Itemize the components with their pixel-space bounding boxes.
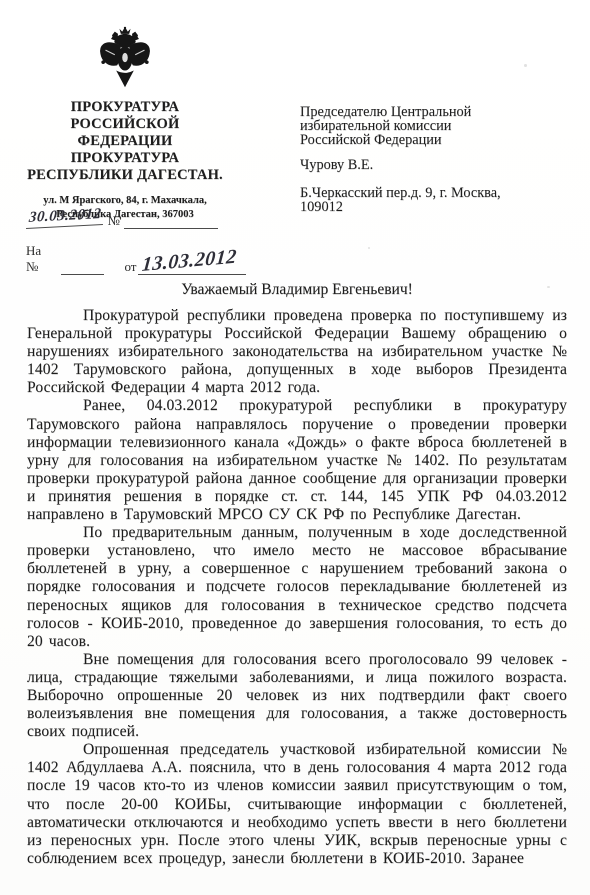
body-paragraph: Прокуратурой республики проведена провер…	[27, 307, 567, 397]
handwritten-incoming-date: 13.03.2012	[141, 245, 238, 277]
org-name-line: РЕСПУБЛИКИ ДАГЕСТАН.	[26, 167, 224, 184]
outgoing-number-blank-line	[124, 209, 218, 229]
number-sign-label: №	[103, 213, 124, 229]
letter-body: Уважаемый Владимир Евгеньевич! Прокурату…	[27, 281, 567, 868]
scan-speck	[547, 286, 550, 288]
recipient-name: Чурову В.Е.	[300, 159, 575, 173]
recipient-block: Председателю Центральной избирательной к…	[300, 106, 575, 215]
salutation: Уважаемый Владимир Евгеньевич!	[27, 281, 567, 299]
recipient-title-line: Российской Федерации	[300, 134, 575, 148]
body-paragraph: По предварительным данным, полученным в …	[27, 524, 567, 651]
scanned-letter-page: ПРОКУРАТУРА РОССИЙСКОЙ ФЕДЕРАЦИИ ПРОКУРА…	[0, 0, 590, 895]
org-name-line: РОССИЙСКОЙ ФЕДЕРАЦИИ	[26, 116, 224, 150]
org-name-line: ПРОКУРАТУРА	[26, 150, 224, 167]
letterhead-address-line: ул. М Ярагского, 84, г. Махачкала,	[26, 194, 224, 208]
scan-speck	[524, 64, 527, 67]
incoming-reference-row: На № от 13.03.2012	[26, 243, 246, 275]
org-name-line: ПРОКУРАТУРА	[26, 99, 224, 116]
incoming-number-label: На №	[26, 243, 61, 275]
outgoing-reference-row: 30.03.2012 №	[26, 209, 218, 229]
body-paragraph: Вне помещения для голосования всего прог…	[27, 651, 567, 741]
from-label: от	[124, 259, 138, 275]
handwritten-outgoing-date: 30.03.2012	[26, 206, 104, 229]
body-paragraph: Ранее, 04.03.2012 прокуратурой республик…	[27, 397, 567, 524]
incoming-date-line: 13.03.2012	[138, 257, 246, 275]
body-paragraph: Опрошенная председатель участковой избир…	[27, 741, 567, 868]
scan-speck	[506, 704, 508, 706]
letterhead: ПРОКУРАТУРА РОССИЙСКОЙ ФЕДЕРАЦИИ ПРОКУРА…	[26, 26, 224, 221]
recipient-address-line: 109012	[300, 201, 575, 215]
incoming-number-blank-line	[61, 257, 105, 275]
recipient-address: Б.Черкасский пер.д. 9, г. Москва, 109012	[300, 187, 575, 215]
scan-speck	[368, 247, 370, 249]
coat-of-arms-double-headed-eagle-icon	[97, 26, 153, 90]
